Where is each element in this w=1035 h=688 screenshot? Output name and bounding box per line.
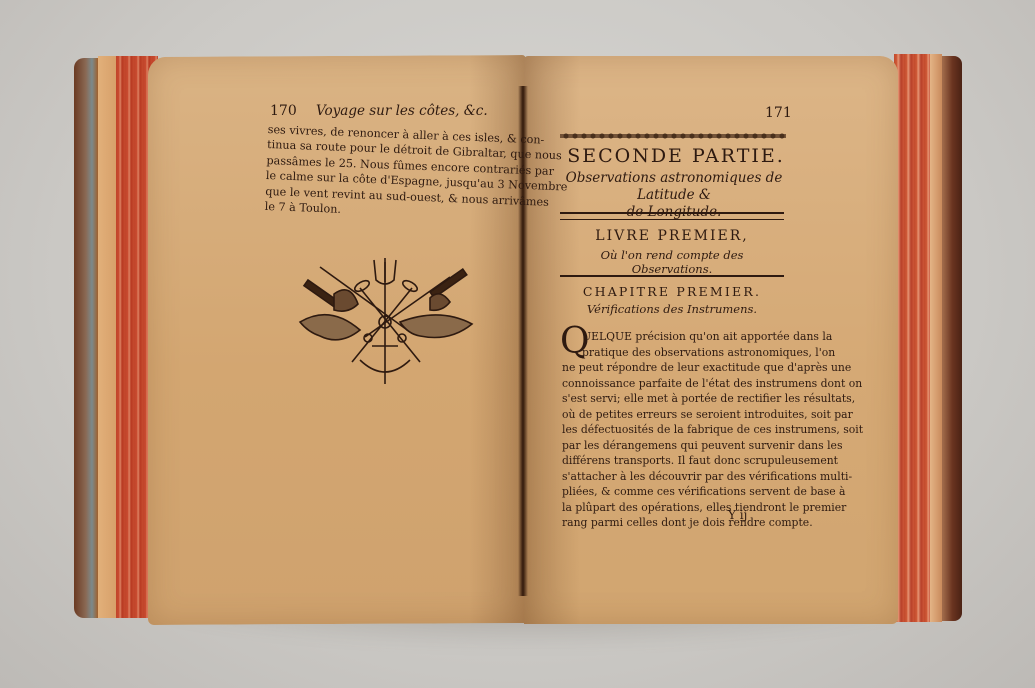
running-head: Voyage sur les côtes, &c.: [316, 103, 488, 119]
text-line: s'attacher à les découvrir par des vérif…: [562, 469, 786, 485]
ornamental-border-band: [560, 130, 786, 142]
text-line: ne peut répondre de leur exactitude que …: [562, 360, 786, 376]
left-page-header: 170 Voyage sur les côtes, &c.: [270, 103, 500, 119]
single-rule: [560, 275, 784, 277]
double-rule: [560, 212, 784, 220]
text-line: rang parmi celles dont je dois rendre co…: [562, 515, 786, 531]
book-title: LIVRE PREMIER,: [560, 228, 784, 244]
text-line: où de petites erreurs se seroient introd…: [562, 407, 786, 423]
chapter-subtitle: Vérifications des Instrumens.: [560, 302, 784, 316]
text-line: différens transports. Il faut donc scrup…: [562, 453, 786, 469]
text-line: pliées, & comme ces vérifications serven…: [562, 484, 786, 500]
page-number-right: 171: [765, 105, 792, 121]
part-title: SECONDE PARTIE.: [566, 145, 786, 167]
text-line: pratique des observations astronomiques,…: [562, 345, 786, 361]
text-line: UELQUE précision qu'on ait apportée dans…: [562, 329, 786, 345]
text-line: la plûpart des opérations, elles tiendro…: [562, 500, 786, 516]
left-page-body: ses vivres, de renoncer à aller à ces is…: [264, 122, 499, 223]
book-gutter: [518, 86, 528, 596]
page-number-left: 170: [270, 103, 316, 119]
text-line: les défectuosités de la fabrique de ces …: [562, 422, 786, 438]
text-line: par les dérangemens qui peuvent survenir…: [562, 438, 786, 454]
text-line: s'est servi; elle met à portée de rectif…: [562, 391, 786, 407]
part-subtitle-line: Observations astronomiques de Latitude &: [556, 170, 792, 204]
chapter-title: CHAPITRE PREMIER.: [560, 284, 784, 299]
right-page-body: UELQUE précision qu'on ait apportée dans…: [562, 329, 786, 531]
signature-mark: Y ij: [728, 508, 747, 522]
right-page-edges-red: [894, 54, 942, 622]
text-line: connoissance parfaite de l'état des inst…: [562, 376, 786, 392]
book-photograph: 170 Voyage sur les côtes, &c. ses vivres…: [0, 0, 1035, 688]
book-subtitle: Où l'on rend compte des Observations.: [560, 248, 784, 276]
naval-trophy-ornament-icon: [290, 252, 480, 392]
